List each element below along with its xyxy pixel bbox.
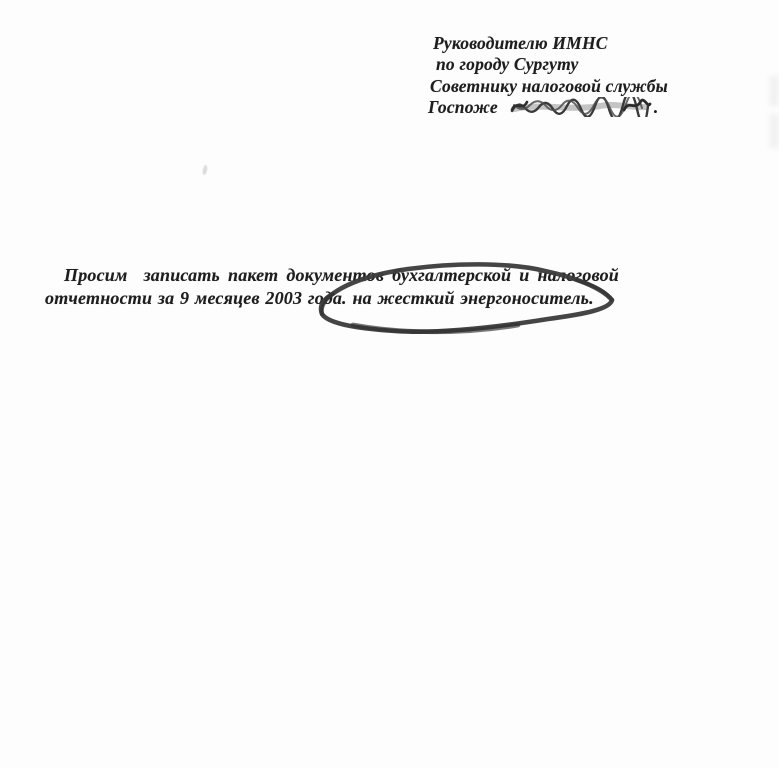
recipient-line-2: по городу Сургуту bbox=[428, 54, 728, 75]
scanned-letter-page: Руководителю ИМНС по городу Сургуту Сове… bbox=[0, 0, 779, 768]
addressee-salutation: Госпоже bbox=[428, 97, 498, 117]
redacted-name-scribble bbox=[508, 97, 654, 117]
scan-speck bbox=[202, 165, 208, 176]
recipient-address-block: Руководителю ИМНС по городу Сургуту Сове… bbox=[428, 33, 728, 119]
recipient-line-addressee: Госпоже . bbox=[428, 97, 728, 118]
addressee-period: . bbox=[654, 97, 659, 117]
body-text-line-2: отчетности за 9 месяцев 2003 года. на же… bbox=[45, 287, 594, 309]
recipient-line-1: Руководителю ИМНС bbox=[428, 33, 728, 54]
body-text-line-1: Просим записать пакет документов бухгалт… bbox=[45, 264, 619, 286]
recipient-line-3: Советнику налоговой службы bbox=[428, 76, 728, 97]
scan-smudge bbox=[769, 76, 779, 106]
scan-smudge bbox=[769, 114, 779, 148]
